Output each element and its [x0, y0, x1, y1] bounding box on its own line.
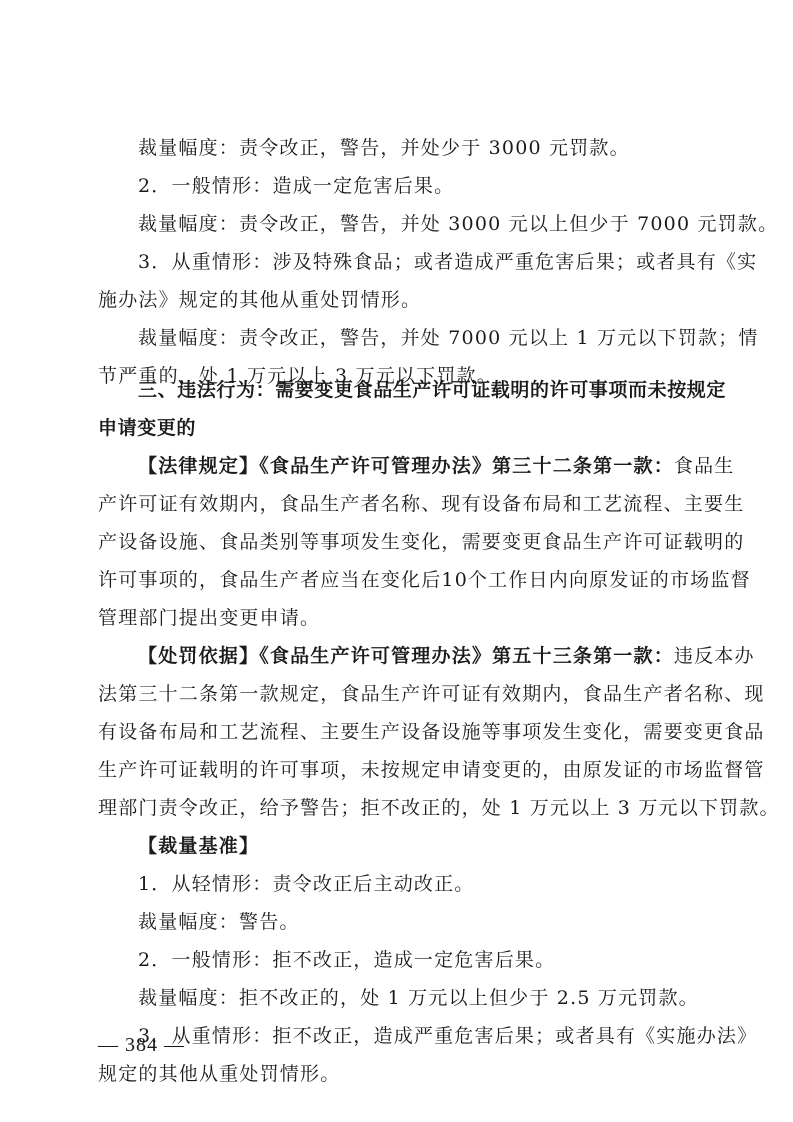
- penalty-basis-text: 违反本办: [674, 645, 755, 667]
- paragraph-line: 管理部门提出变更申请。: [98, 608, 320, 628]
- section-heading: 三、违法行为：需要变更食品生产许可证载明的许可事项而未按规定: [138, 380, 696, 400]
- paragraph-line: 法第三十二条第一款规定，食品生产许可证有效期内，食品生产者名称、现: [98, 684, 696, 704]
- paragraph-line: 产许可证有效期内，食品生产者名称、现有设备布局和工艺流程、主要生: [98, 494, 696, 514]
- paragraph-line: 2．一般情形：造成一定危害后果。: [138, 176, 454, 196]
- discretion-standard-heading: 【裁量基准】: [138, 836, 259, 856]
- page-number: — 384 —: [98, 1034, 185, 1057]
- penalty-basis-label: 【处罚依据】《食品生产许可管理办法》第五十三条第一款：: [138, 645, 674, 667]
- paragraph-line: 1．从轻情形：责令改正后主动改正。: [138, 874, 475, 894]
- paragraph-line: 3．从重情形：拒不改正，造成严重危害后果；或者具有《实施办法》: [138, 1026, 696, 1046]
- paragraph-line: 有设备布局和工艺流程、主要生产设备设施等事项发生变化，需要变更食品: [98, 722, 696, 742]
- paragraph-line: 规定的其他从重处罚情形。: [98, 1064, 340, 1084]
- paragraph-line: 裁量幅度：责令改正，警告，并处 7000 元以上 1 万元以下罚款；情: [138, 328, 696, 348]
- paragraph-line: 裁量幅度：责令改正，警告，并处少于 3000 元罚款。: [138, 138, 630, 158]
- paragraph-line: 生产许可证载明的许可事项，未按规定申请变更的，由原发证的市场监督管: [98, 760, 696, 780]
- paragraph-line: 2．一般情形：拒不改正，造成一定危害后果。: [138, 950, 555, 970]
- legal-provision-text: 食品生: [674, 455, 735, 477]
- paragraph-line: 产设备设施、食品类别等事项发生变化，需要变更食品生产许可证载明的: [98, 532, 696, 552]
- paragraph-line: 3．从重情形：涉及特殊食品；或者造成严重危害后果；或者具有《实: [138, 252, 696, 272]
- paragraph-line: 裁量幅度：责令改正，警告，并处 3000 元以上但少于 7000 元罚款。: [138, 214, 778, 234]
- legal-provision-line: 【法律规定】《食品生产许可管理办法》第三十二条第一款：食品生: [138, 456, 696, 476]
- paragraph-line: 裁量幅度：警告。: [138, 912, 300, 932]
- paragraph-line: 许可事项的，食品生产者应当在变化后10个工作日内向原发证的市场监督: [98, 570, 696, 590]
- paragraph-line: 裁量幅度：拒不改正的，处 1 万元以上但少于 2.5 万元罚款。: [138, 988, 699, 1008]
- legal-provision-label: 【法律规定】《食品生产许可管理办法》第三十二条第一款：: [138, 455, 674, 477]
- section-heading-continuation: 申请变更的: [98, 418, 196, 438]
- paragraph-line: 理部门责令改正，给予警告；拒不改正的，处 1 万元以上 3 万元以下罚款。: [98, 798, 696, 818]
- paragraph-line: 施办法》规定的其他从重处罚情形。: [98, 290, 421, 310]
- penalty-basis-line: 【处罚依据】《食品生产许可管理办法》第五十三条第一款：违反本办: [138, 646, 696, 666]
